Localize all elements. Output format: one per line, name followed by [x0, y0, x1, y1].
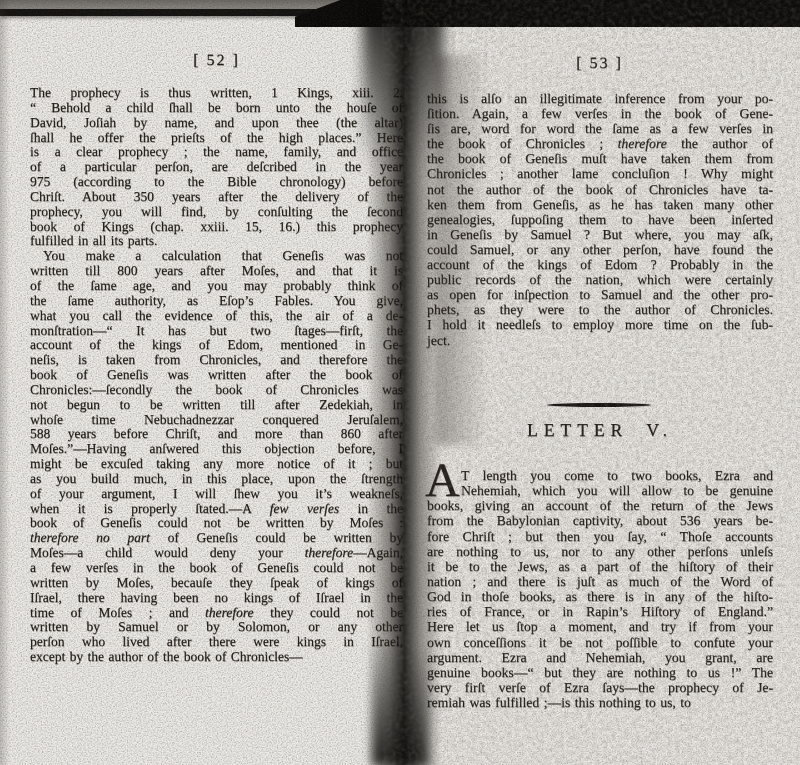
text-line: Moſes—a child would deny your therefore—… [30, 546, 403, 561]
text-line: books, giving an account of the return o… [427, 498, 773, 513]
text-line: David, Joſiah by name, and upon thee (th… [30, 116, 403, 131]
text-line: book of Geneſis could not be written by … [30, 516, 403, 531]
text-line: argument. Ezra and Nehemiah, you grant, … [427, 650, 773, 665]
text-line: Chronicles:—ſecondly the book of Chronic… [30, 383, 403, 398]
book-scan: [ 52 ] The prophecy is thus written, 1 K… [0, 0, 800, 765]
text-line: of the ſame age, and you may probably th… [30, 279, 403, 294]
text-line: prophecy, you will find, by conſulting t… [30, 205, 403, 220]
text-line: from the Babylonian captivity, about 536… [427, 513, 773, 528]
text-line: fore Chriſt ; but then you ſay, “ Thoſe … [427, 529, 773, 544]
text-line: ries of France, or in Rapin’s Hiſtory of… [427, 604, 773, 619]
text-line: very firſt verſe of Ezra ſays—the prophe… [427, 680, 773, 695]
right-page-gutter-shadow [436, 55, 488, 445]
text-line: account of the kings of Edom, mentioned … [30, 338, 403, 353]
text-line: Nehemiah, which you will allow to be gen… [427, 483, 773, 498]
text-line: of a particular perſon, are deſcribed in… [30, 160, 403, 175]
right-page-paragraph-2: A T length you come to two books, Ezra a… [427, 468, 773, 710]
text-line: are nothing to us, nor to any other perſ… [427, 544, 773, 559]
text-line: written by Moſes, becauſe they ſpeak of … [30, 576, 403, 591]
text-line: You make a calculation that Geneſis was … [30, 249, 403, 264]
text-line: neſis, is taken from Chronicles, and the… [30, 353, 403, 368]
scan-left-edge-shadow [0, 0, 10, 765]
text-line: monſtration—“ It has but two ſtages—firſ… [30, 324, 403, 339]
left-page-number: [ 52 ] [30, 52, 403, 70]
right-page-paragraph-2-lines: T length you come to two books, Ezra and… [427, 468, 773, 710]
text-line: what you call the evidence of this, the … [30, 309, 403, 324]
text-line: nation ; and there is juſt as much of th… [427, 574, 773, 589]
text-line: Iſrael, there having been no kings of Iſ… [30, 591, 403, 606]
text-line: written till 800 years after Moſes, and … [30, 264, 403, 279]
text-line: book of Kings (chap. xxiii. 15, 16.) thi… [30, 220, 403, 235]
section-divider-rule [547, 403, 651, 407]
left-page-text: The prophecy is thus written, 1 Kings, x… [30, 86, 403, 665]
text-line: book of Geneſis was written after the bo… [30, 368, 403, 383]
text-line: whoſe time Nebuchadnezzar conquered Jeru… [30, 413, 403, 428]
text-line: it be to the Jews, as a part of the hiſt… [427, 559, 773, 574]
text-line: is a clear prophecy ; the name, family, … [30, 145, 403, 160]
text-line: remiah was fulfilled ;—is this nothing t… [427, 695, 773, 710]
text-line: a few verſes in the book of Geneſis coul… [30, 561, 403, 576]
text-line: “ Behold a child ſhall be born unto the … [30, 101, 403, 116]
text-line: the ſame authority, as Eſop’s Fables. Yo… [30, 294, 403, 309]
text-line: fulfilled in all its parts. [30, 234, 403, 249]
spine-shadow-top [362, 0, 444, 170]
text-line: T length you come to two books, Ezra and [427, 468, 773, 483]
text-line: therefore no part of Geneſis could be wr… [30, 531, 403, 546]
text-line: The prophecy is thus written, 1 Kings, x… [30, 86, 403, 101]
spine-shadow-bottom [372, 645, 428, 765]
text-line: written by Samuel or by Solomon, or any … [30, 620, 403, 635]
text-line: own conceſſions it be not poſſible to co… [427, 635, 773, 650]
text-line: ſhall he offer the prieſts of the high p… [30, 131, 403, 146]
text-line: as you build much, in this place, upon t… [30, 472, 403, 487]
text-line: 588 years before Chriſt, and more than 8… [30, 427, 403, 442]
text-line: Here let us ſtop a moment, and try if fr… [427, 619, 773, 634]
text-line: Chriſt. About 350 years after the delive… [30, 190, 403, 205]
text-line: when it is properly ſtated.—A few verſes… [30, 502, 403, 517]
text-line: perſon who lived after there were kings … [30, 635, 403, 650]
text-line: Moſes.”—Having anſwered this objection b… [30, 442, 403, 457]
text-line: God in thoſe books, as there is in any o… [427, 589, 773, 604]
text-line: might be excuſed taking any more notice … [30, 457, 403, 472]
text-line: 975 (according to the Bible chronology) … [30, 175, 403, 190]
text-line: not begun to be written till after Zedek… [30, 398, 403, 413]
text-line: genuine books—“ but they are nothing to … [427, 665, 773, 680]
text-line: time of Moſes ; and therefore they could… [30, 606, 403, 621]
text-line: of your argument, I will ſhew you it’s w… [30, 487, 403, 502]
text-line: except by the author of the book of Chro… [30, 650, 403, 665]
